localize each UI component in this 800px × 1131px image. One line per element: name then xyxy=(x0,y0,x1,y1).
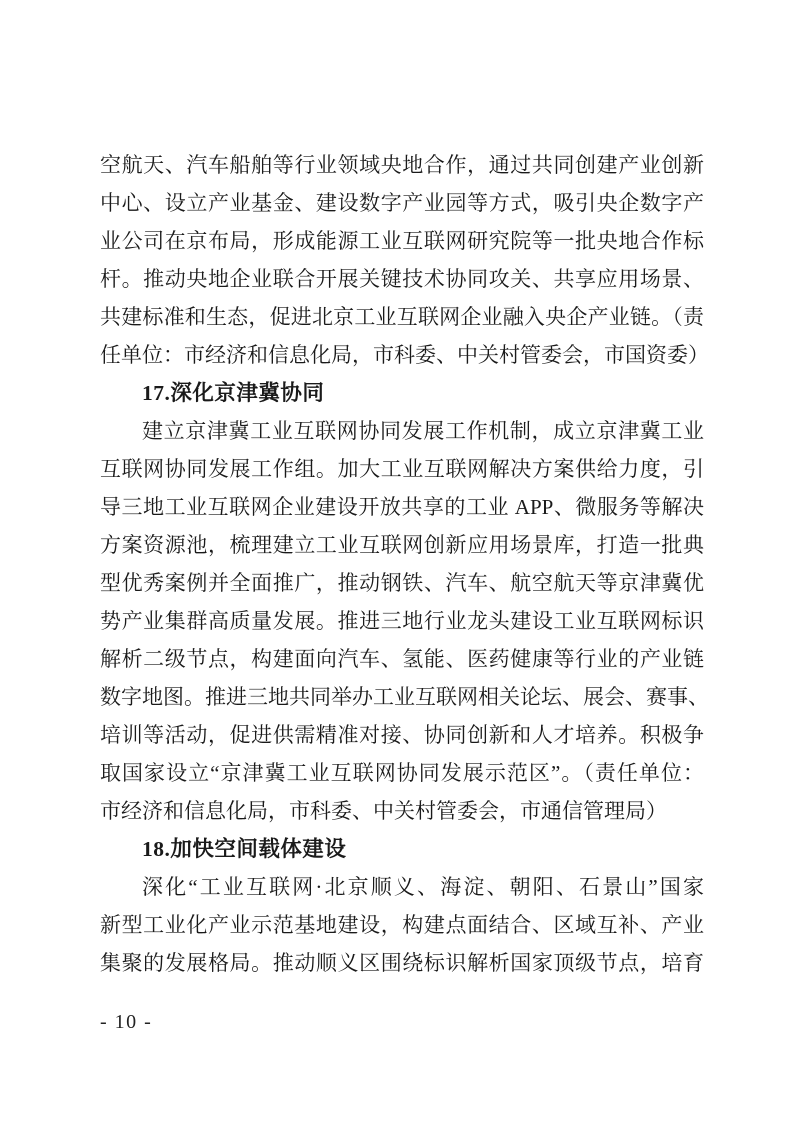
body-line: 杆。推动央地企业联合开展关键技术协同攻关、共享应用场景、 xyxy=(100,260,704,298)
body-line: 集聚的发展格局。推动顺义区围绕标识解析国家顶级节点，培育 xyxy=(100,944,704,982)
body-line: 培训等活动，促进供需精准对接、协同创新和人才培养。积极争 xyxy=(100,716,704,754)
document-page: 空航天、汽车船舶等行业领域央地合作，通过共同创建产业创新 中心、设立产业基金、建… xyxy=(0,0,800,1131)
page-number: - 10 - xyxy=(100,1010,152,1034)
body-line: 势产业集群高质量发展。推进三地行业龙头建设工业互联网标识 xyxy=(100,602,704,640)
body-line: 空航天、汽车船舶等行业领域央地合作，通过共同创建产业创新 xyxy=(100,146,704,184)
section-heading-17: 17.深化京津冀协同 xyxy=(100,374,704,412)
body-line: 取国家设立“京津冀工业互联网协同发展示范区”。（责任单位： xyxy=(100,754,704,792)
body-line: 共建标准和生态，促进北京工业互联网企业融入央企产业链。（责 xyxy=(100,298,704,336)
section-heading-18: 18.加快空间载体建设 xyxy=(100,830,704,868)
body-line: 建立京津冀工业互联网协同发展工作机制，成立京津冀工业 xyxy=(100,412,704,450)
body-line: 深化“工业互联网·北京顺义、海淀、朝阳、石景山”国家 xyxy=(100,868,704,906)
body-line: 数字地图。推进三地共同举办工业互联网相关论坛、展会、赛事、 xyxy=(100,678,704,716)
body-line: 市经济和信息化局，市科委、中关村管委会，市通信管理局） xyxy=(100,792,704,830)
body-line: 中心、设立产业基金、建设数字产业园等方式，吸引央企数字产 xyxy=(100,184,704,222)
body-line: 互联网协同发展工作组。加大工业互联网解决方案供给力度，引 xyxy=(100,450,704,488)
body-line: 解析二级节点，构建面向汽车、氢能、医药健康等行业的产业链 xyxy=(100,640,704,678)
body-line: 新型工业化产业示范基地建设，构建点面结合、区域互补、产业 xyxy=(100,906,704,944)
body-line: 型优秀案例并全面推广，推动钢铁、汽车、航空航天等京津冀优 xyxy=(100,564,704,602)
body-line: 导三地工业互联网企业建设开放共享的工业 APP、微服务等解决 xyxy=(100,488,704,526)
body-line: 任单位：市经济和信息化局，市科委、中关村管委会，市国资委） xyxy=(100,336,704,374)
body-line: 业公司在京布局，形成能源工业互联网研究院等一批央地合作标 xyxy=(100,222,704,260)
paragraph-central-local-cooperation: 空航天、汽车船舶等行业领域央地合作，通过共同创建产业创新 中心、设立产业基金、建… xyxy=(100,146,704,374)
paragraph-spatial-carrier-construction: 深化“工业互联网·北京顺义、海淀、朝阳、石景山”国家 新型工业化产业示范基地建设… xyxy=(100,868,704,982)
body-line: 方案资源池，梳理建立工业互联网创新应用场景库，打造一批典 xyxy=(100,526,704,564)
document-body: 空航天、汽车船舶等行业领域央地合作，通过共同创建产业创新 中心、设立产业基金、建… xyxy=(100,146,704,982)
paragraph-jingjinji-coordination: 建立京津冀工业互联网协同发展工作机制，成立京津冀工业 互联网协同发展工作组。加大… xyxy=(100,412,704,830)
